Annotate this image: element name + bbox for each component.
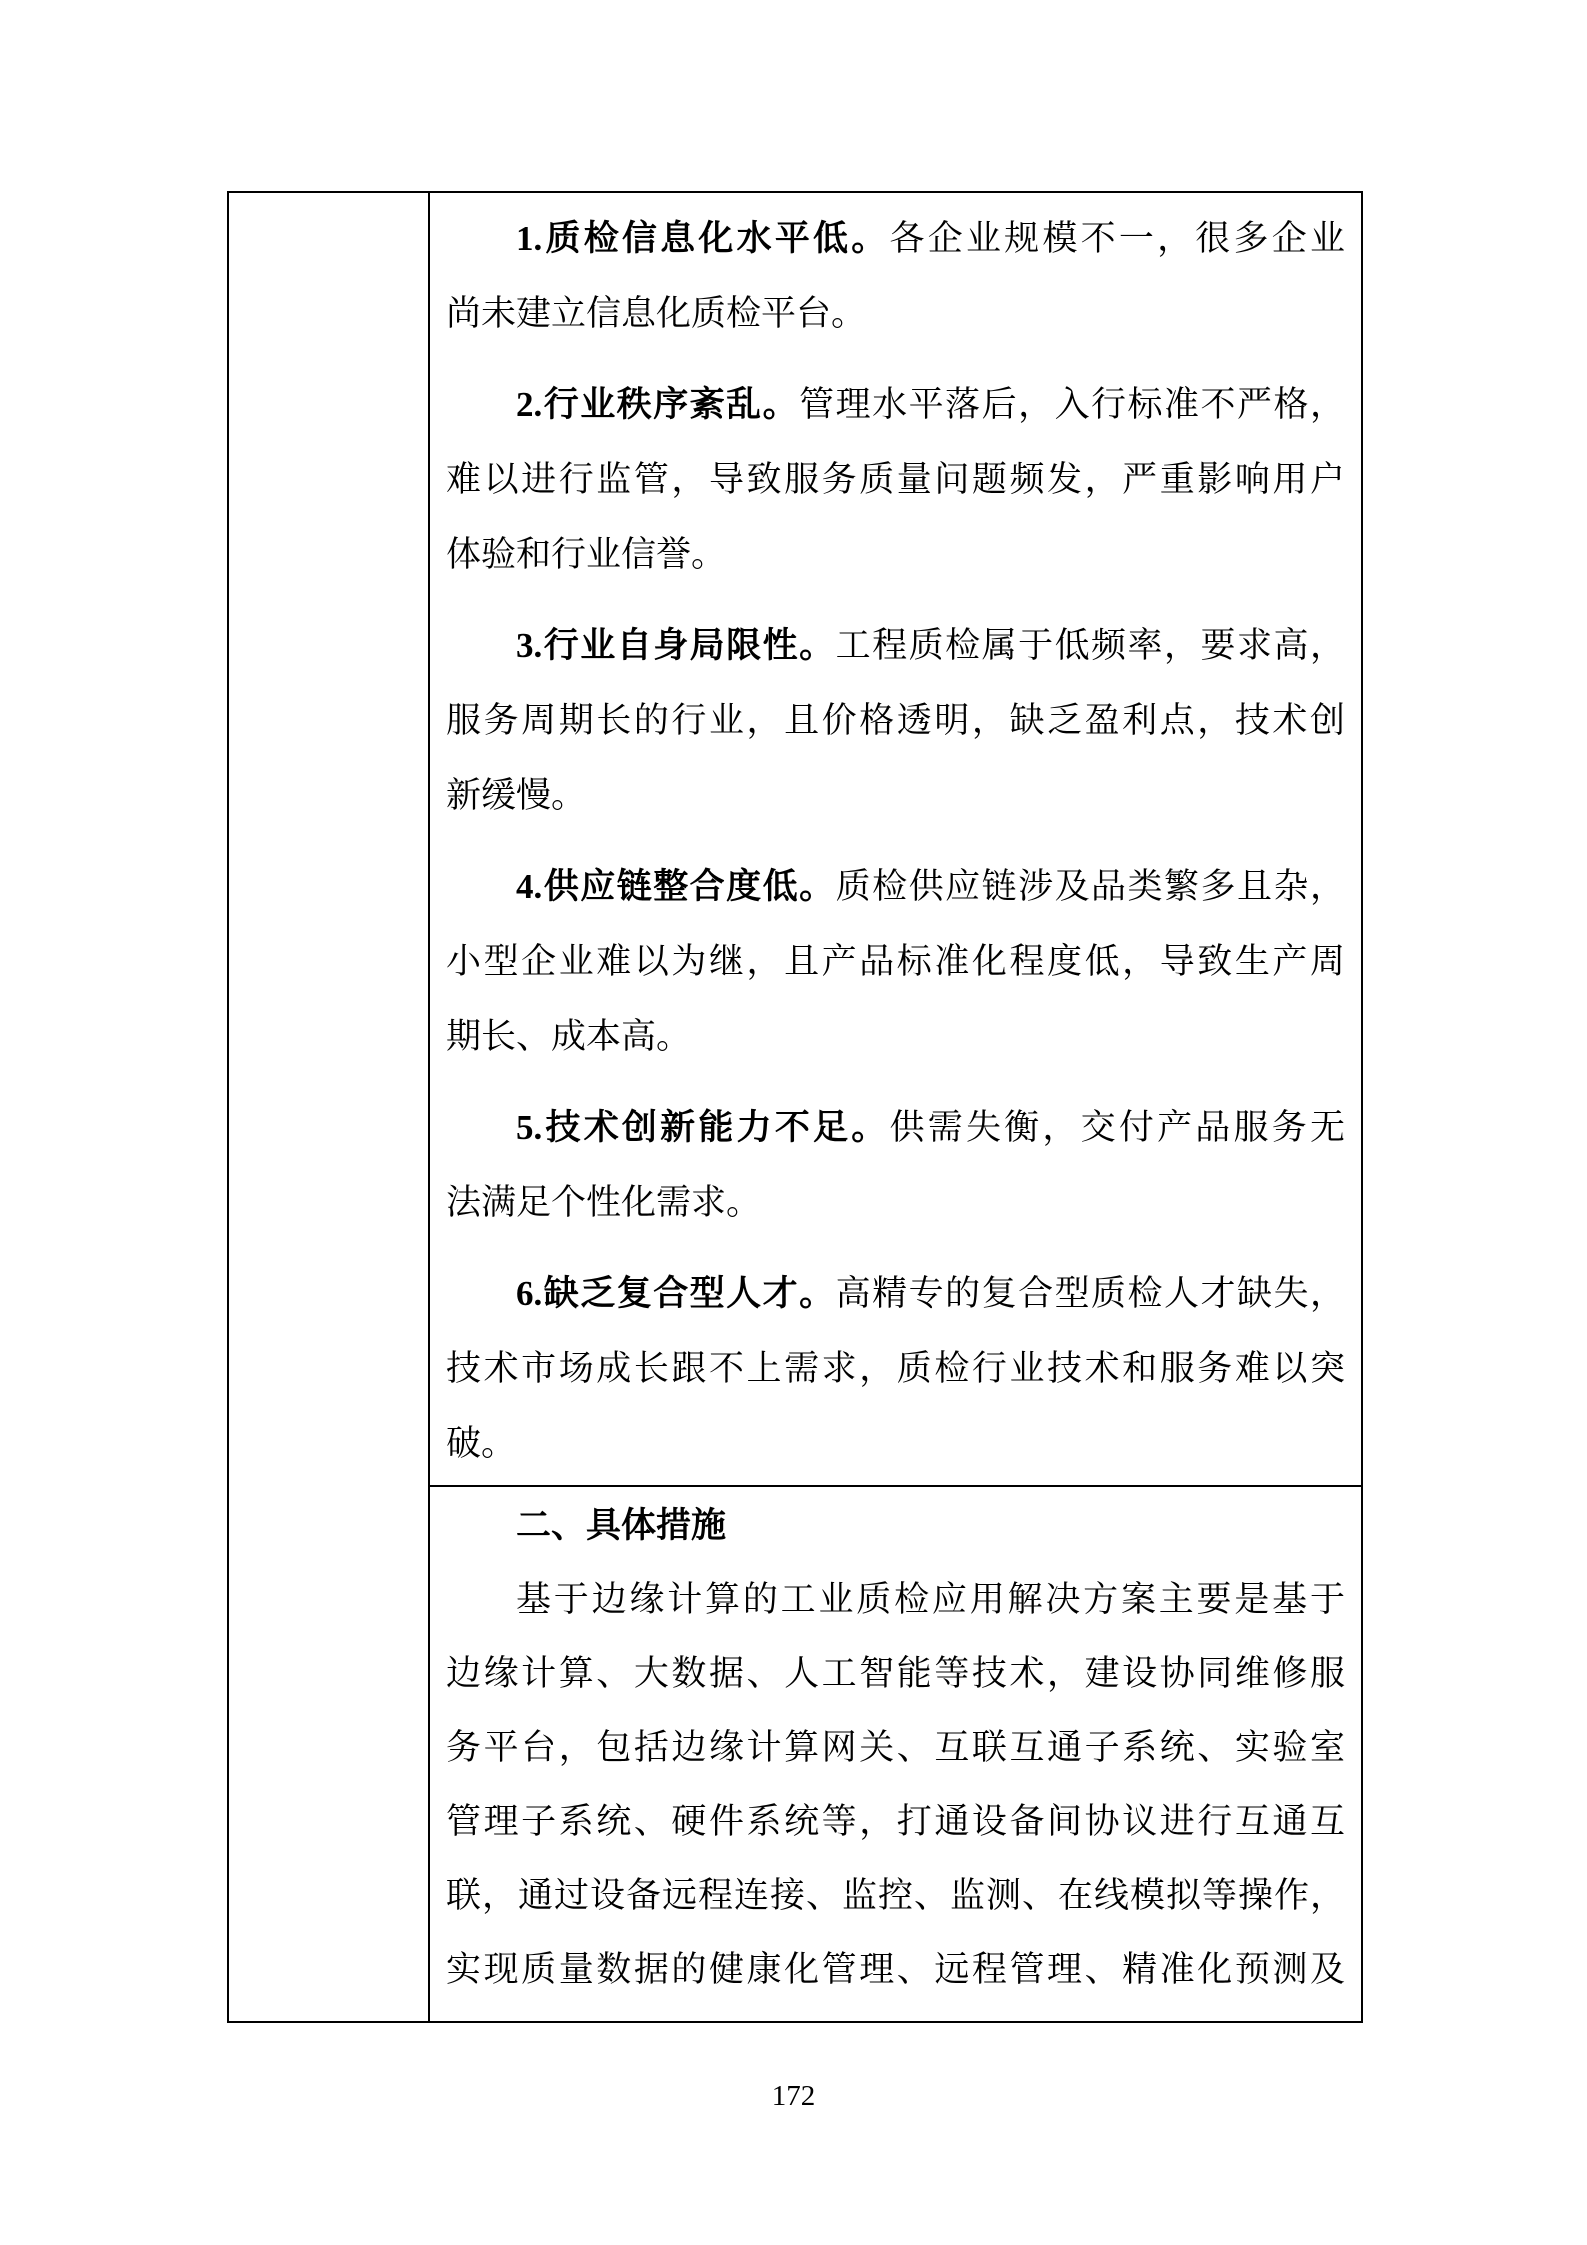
issue-text: 工程质检属于低频率，要求高， (836, 626, 1345, 665)
table-stub-column (229, 193, 430, 2021)
section-heading: 二、具体措施 (446, 1489, 1345, 1563)
issue-label-5: 5.技术创新能力不足。 (516, 1108, 890, 1147)
issue-label-3: 3.行业自身局限性。 (516, 626, 836, 665)
issue-label-4: 4.供应链整合度低。 (516, 867, 836, 906)
paragraph-line: 体验和行业信誉。 (446, 517, 1345, 592)
paragraph-line: 3.行业自身局限性。工程质检属于低频率，要求高， (446, 608, 1345, 683)
paragraph-line: 新缓慢。 (446, 758, 1345, 833)
table-content-column: 1.质检信息化水平低。各企业规模不一，很多企业 尚未建立信息化质检平台。 2.行… (430, 193, 1361, 2021)
paragraph-line: 5.技术创新能力不足。供需失衡，交付产品服务无 (446, 1090, 1345, 1165)
paragraph-line: 破。 (446, 1406, 1345, 1481)
content-table: 1.质检信息化水平低。各企业规模不一，很多企业 尚未建立信息化质检平台。 2.行… (227, 191, 1363, 2023)
issue-paragraph-2: 2.行业秩序紊乱。管理水平落后，入行标准不严格， 难以进行监管，导致服务质量问题… (446, 367, 1345, 592)
issue-text: 各企业规模不一，很多企业 (890, 219, 1345, 258)
issue-paragraph-4: 4.供应链整合度低。质检供应链涉及品类繁多且杂， 小型企业难以为继，且产品标准化… (446, 849, 1345, 1074)
issue-label-2: 2.行业秩序紊乱。 (516, 385, 799, 424)
issue-text: 供需失衡，交付产品服务无 (890, 1108, 1345, 1147)
issue-paragraph-5: 5.技术创新能力不足。供需失衡，交付产品服务无 法满足个性化需求。 (446, 1090, 1345, 1240)
paragraph-line: 服务周期长的行业，且价格透明，缺乏盈利点，技术创 (446, 683, 1345, 758)
paragraph-line: 小型企业难以为继，且产品标准化程度低，导致生产周 (446, 924, 1345, 999)
paragraph-line: 联，通过设备远程连接、监控、监测、在线模拟等操作， (446, 1859, 1345, 1933)
paragraph-line: 尚未建立信息化质检平台。 (446, 276, 1345, 351)
table-cell-measures: 二、具体措施 基于边缘计算的工业质检应用解决方案主要是基于 边缘计算、大数据、人… (430, 1485, 1361, 2021)
paragraph-line: 4.供应链整合度低。质检供应链涉及品类繁多且杂， (446, 849, 1345, 924)
page-number: 172 (0, 2078, 1587, 2114)
issue-label-1: 1.质检信息化水平低。 (516, 219, 890, 258)
paragraph-line: 期长、成本高。 (446, 999, 1345, 1074)
document-page: 1.质检信息化水平低。各企业规模不一，很多企业 尚未建立信息化质检平台。 2.行… (0, 0, 1587, 2245)
measures-paragraph: 基于边缘计算的工业质检应用解决方案主要是基于 边缘计算、大数据、人工智能等技术，… (446, 1563, 1345, 2007)
table-cell-issues: 1.质检信息化水平低。各企业规模不一，很多企业 尚未建立信息化质检平台。 2.行… (430, 193, 1361, 1485)
paragraph-line: 技术市场成长跟不上需求，质检行业技术和服务难以突 (446, 1331, 1345, 1406)
paragraph-line: 边缘计算、大数据、人工智能等技术，建设协同维修服 (446, 1637, 1345, 1711)
issue-text: 质检供应链涉及品类繁多且杂， (836, 867, 1345, 906)
paragraph-line: 管理子系统、硬件系统等，打通设备间协议进行互通互 (446, 1785, 1345, 1859)
paragraph-line: 6.缺乏复合型人才。高精专的复合型质检人才缺失， (446, 1256, 1345, 1331)
paragraph-line: 1.质检信息化水平低。各企业规模不一，很多企业 (446, 201, 1345, 276)
paragraph-line: 基于边缘计算的工业质检应用解决方案主要是基于 (446, 1563, 1345, 1637)
issue-paragraph-3: 3.行业自身局限性。工程质检属于低频率，要求高， 服务周期长的行业，且价格透明，… (446, 608, 1345, 833)
paragraph-line: 务平台，包括边缘计算网关、互联互通子系统、实验室 (446, 1711, 1345, 1785)
paragraph-line: 难以进行监管，导致服务质量问题频发，严重影响用户 (446, 442, 1345, 517)
paragraph-line: 2.行业秩序紊乱。管理水平落后，入行标准不严格， (446, 367, 1345, 442)
paragraph-line: 实现质量数据的健康化管理、远程管理、精准化预测及 (446, 1933, 1345, 2007)
issue-paragraph-6: 6.缺乏复合型人才。高精专的复合型质检人才缺失， 技术市场成长跟不上需求，质检行… (446, 1256, 1345, 1481)
paragraph-line: 法满足个性化需求。 (446, 1165, 1345, 1240)
issue-paragraph-1: 1.质检信息化水平低。各企业规模不一，很多企业 尚未建立信息化质检平台。 (446, 201, 1345, 351)
issue-text: 高精专的复合型质检人才缺失， (836, 1274, 1345, 1313)
issue-label-6: 6.缺乏复合型人才。 (516, 1274, 836, 1313)
issue-text: 管理水平落后，入行标准不严格， (799, 385, 1345, 424)
